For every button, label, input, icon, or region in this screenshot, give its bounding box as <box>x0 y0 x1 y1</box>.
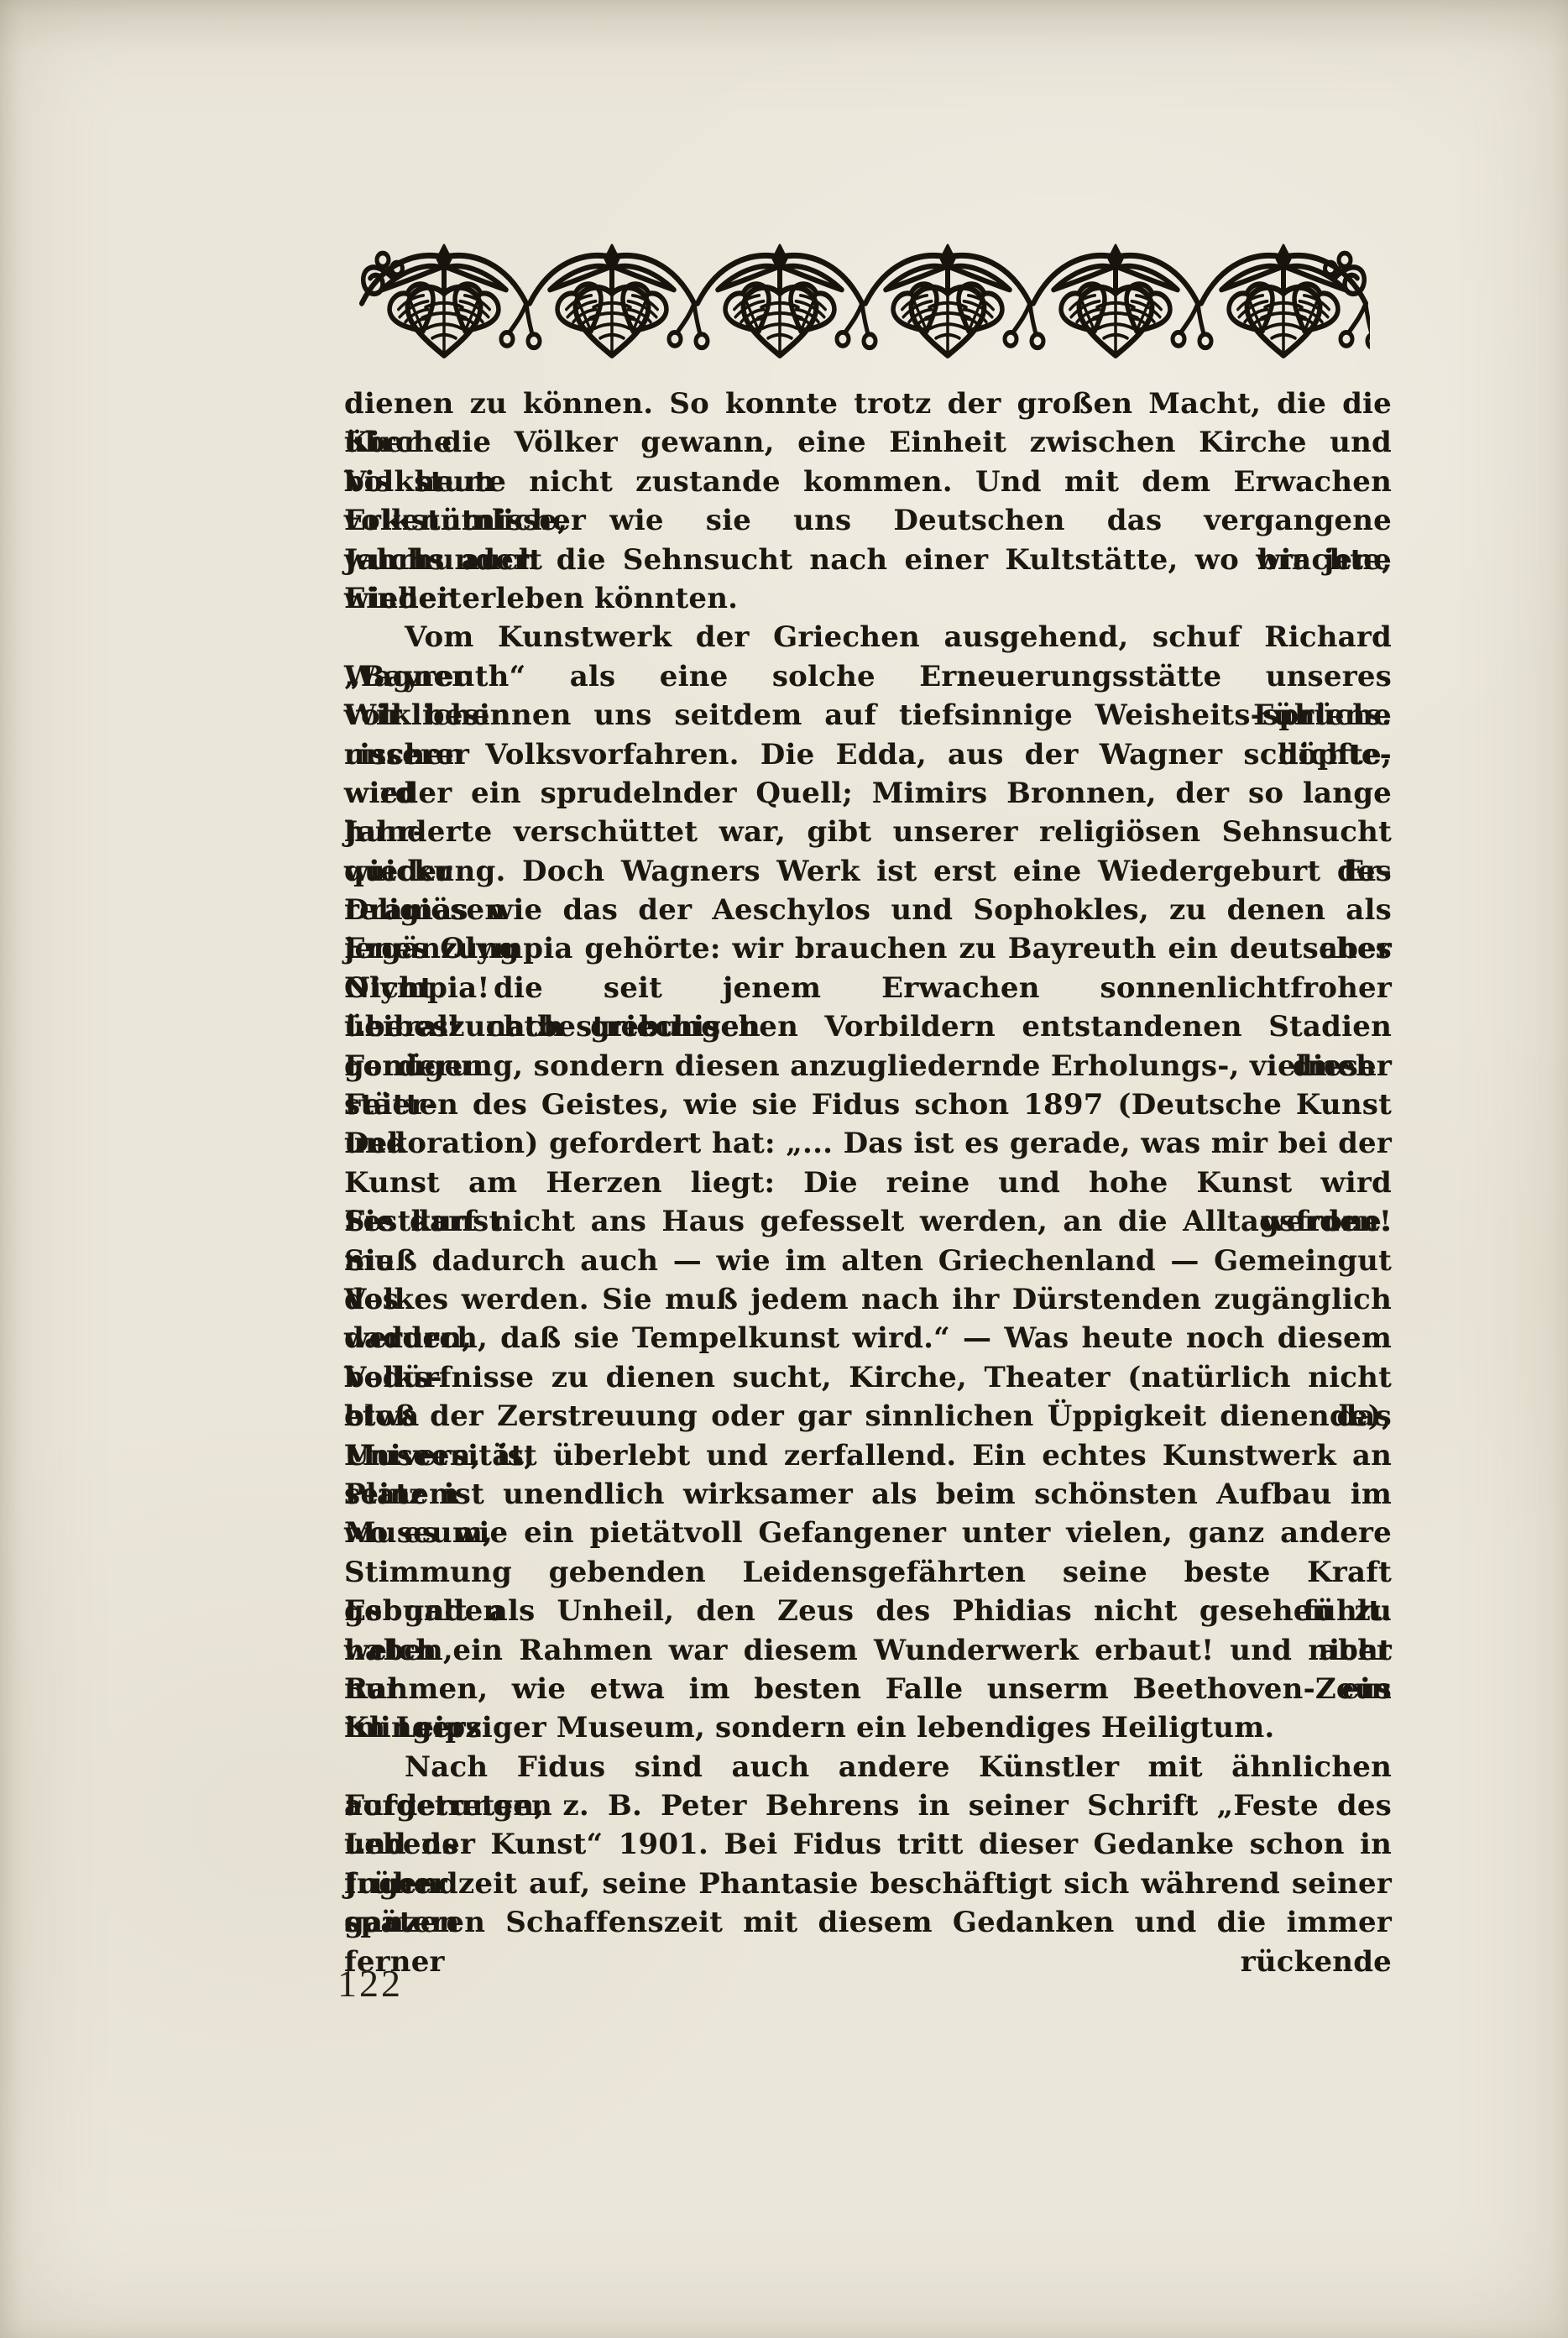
text-line: bedürfnisse zu dienen sucht, Kirche, The… <box>344 1358 1392 1397</box>
text-line: stätten des Geistes, wie sie Fidus schon… <box>344 1085 1392 1124</box>
text-line: rischen Volksvorfahren. Die Edda, aus de… <box>344 735 1392 774</box>
text-line: Dekoration) gefordert hat: „... Das ist … <box>344 1124 1392 1163</box>
paragraph: Nach Fidus sind auch andere Künstler mit… <box>344 1748 1392 1943</box>
text-line: Erkenntnisse, wie sie uns Deutschen das … <box>344 501 1392 540</box>
text-line: Wir besinnen uns seitdem auf tiefsinnige… <box>344 696 1392 735</box>
text-line: über die Völker gewann, eine Einheit zwi… <box>344 423 1392 462</box>
text-line: Volkes werden. Sie muß jedem nach ihr Dü… <box>344 1280 1392 1319</box>
text-line: im Leipziger Museum, sondern ein lebendi… <box>344 1708 1392 1747</box>
text-line: Kunst am Herzen liegt: Die reine und hoh… <box>344 1164 1392 1202</box>
text-line: muß dadurch auch — wie im alten Griechen… <box>344 1242 1392 1280</box>
text-line: dadurch, daß sie Tempelkunst wird.“ — Wa… <box>344 1319 1392 1357</box>
page-number: 122 <box>337 1961 403 2006</box>
text-line: aufgetreten, z. B. Peter Behrens in sein… <box>344 1786 1392 1825</box>
paragraph: Vom Kunstwerk der Griechen ausgehend, sc… <box>344 618 1392 1747</box>
text-line: Nach Fidus sind auch andere Künstler mit… <box>344 1748 1392 1786</box>
text-line: Sie darf nicht ans Haus gefesselt werden… <box>344 1202 1392 1241</box>
text-line: wieder ein sprudelnder Quell; Mimirs Bro… <box>344 774 1392 813</box>
text-line: quickung. Doch Wagners Werk ist erst ein… <box>344 852 1392 891</box>
body-text: dienen zu können. So konnte trotz der gr… <box>344 384 1392 1943</box>
text-line: welch ein Rahmen war diesem Wunderwerk e… <box>344 1631 1392 1670</box>
text-line: wuchs auch die Sehnsucht nach einer Kult… <box>344 541 1392 579</box>
text-line: Es galt als Unheil, den Zeus des Phidias… <box>344 1592 1392 1630</box>
linden-leaf-ornament-icon <box>358 243 1370 365</box>
text-line: Museen, ist überlebt und zerfallend. Ein… <box>344 1436 1392 1475</box>
text-line: und der Kunst“ 1901. Bei Fidus tritt die… <box>344 1825 1392 1864</box>
text-line: Nicht die seit jenem Erwachen sonnenlich… <box>344 969 1392 1007</box>
text-line: bis heute nicht zustande kommen. Und mit… <box>344 463 1392 501</box>
text-line: überall nach griechischen Vorbildern ent… <box>344 1007 1392 1046</box>
text-line: Rahmen, wie etwa im besten Falle unserm … <box>344 1670 1392 1708</box>
text-line: wieder erleben könnten. <box>344 579 1392 618</box>
text-line: dienen zu können. So konnte trotz der gr… <box>344 384 1392 423</box>
text-line: jenes Olympia gehörte: wir brauchen zu B… <box>344 929 1392 968</box>
paragraph: dienen zu können. So konnte trotz der gr… <box>344 384 1392 618</box>
text-line: bloß der Zerstreuung oder gar sinnlichen… <box>344 1397 1392 1436</box>
text-line: wo es wie ein pietätvoll Gefangener unte… <box>344 1514 1392 1552</box>
text-line: hunderte verschüttet war, gibt unserer r… <box>344 813 1392 851</box>
text-line: „Bayreuth“ als eine solche Erneuerungsst… <box>344 657 1392 696</box>
text-line: Vom Kunstwerk der Griechen ausgehend, sc… <box>344 618 1392 656</box>
text-line: Platz ist unendlich wirksamer als beim s… <box>344 1475 1392 1514</box>
text-line: späteren Schaffenszeit mit diesem Gedank… <box>344 1903 1392 1942</box>
text-line: Jugendzeit auf, seine Phantasie beschäft… <box>344 1865 1392 1903</box>
text-line: Stimmung gebenden Leidensgefährten seine… <box>344 1553 1392 1592</box>
text-line: Forderung, sondern diesen anzugliedernde… <box>344 1047 1392 1085</box>
text-line: Dramas wie das der Aeschylos und Sophokl… <box>344 891 1392 929</box>
